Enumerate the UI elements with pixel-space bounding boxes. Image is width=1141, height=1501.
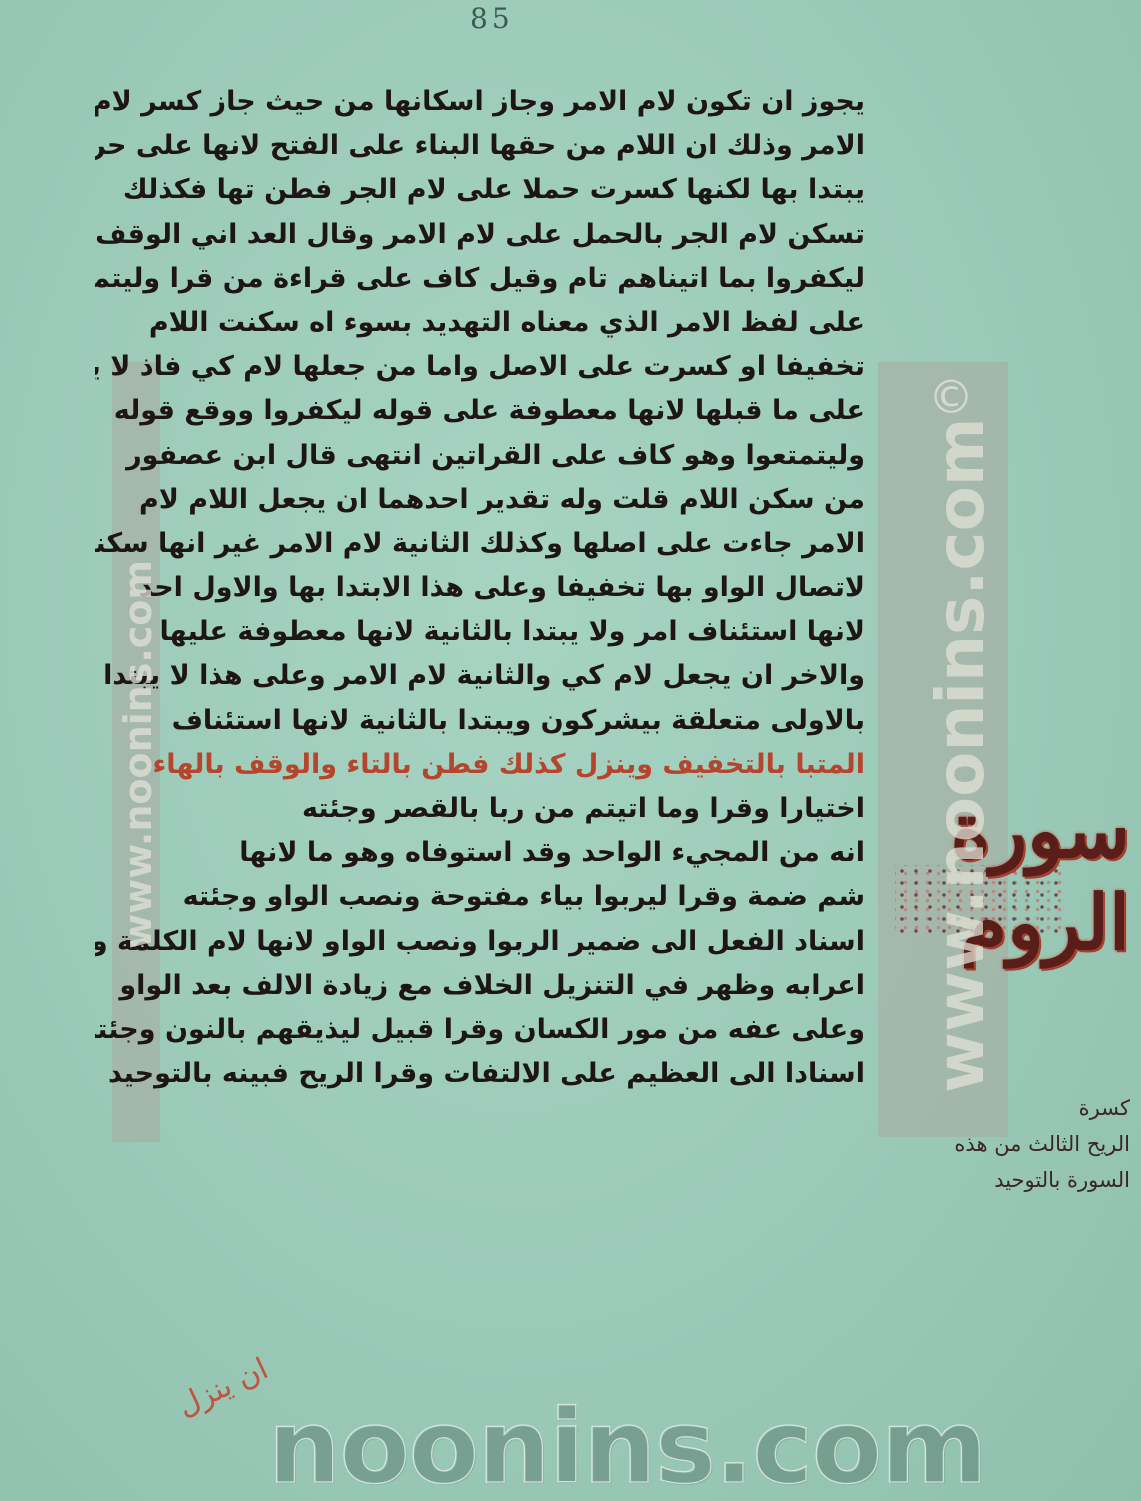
margin-note: كسرة الريح الثالث من هذه السورة بالتوحيد: [880, 1090, 1130, 1198]
text-line-rubric: المتبا بالتخفيف وينزل كذلك فطن بالتاء وا…: [95, 743, 865, 787]
text-line: اسنادا الى العظيم على الالتفات وقرا الري…: [95, 1052, 865, 1096]
text-line: بالاولى متعلقة بيشركون ويبتدا بالثانية ل…: [95, 699, 865, 743]
text-line: ليكفروا بما اتيناهم تام وقيل كاف على قرا…: [95, 257, 865, 301]
text-line: من سكن اللام قلت وله تقدير احدهما ان يجع…: [95, 478, 865, 522]
text-line: شم ضمة وقرا ليربوا بياء مفتوحة ونصب الوا…: [95, 875, 865, 919]
text-line: تخفيفا او كسرت على الاصل واما من جعلها ل…: [95, 345, 865, 389]
text-line: اختيارا وقرا وما اتيتم من ربا بالقصر وجئ…: [95, 787, 865, 831]
text-line: على لفظ الامر الذي معناه التهديد بسوء اه…: [95, 301, 865, 345]
catchword: ان ينزل: [172, 1351, 273, 1423]
text-line: على ما قبلها لانها معطوفة على قوله ليكفر…: [95, 389, 865, 433]
text-line: الامر وذلك ان اللام من حقها البناء على ا…: [95, 124, 865, 168]
margin-note-line: الريح الثالث من هذه: [880, 1126, 1130, 1162]
text-line: وليتمتعوا وهو كاف على القراتين انتهى قال…: [95, 434, 865, 478]
text-line: اسناد الفعل الى ضمير الربوا ونصب الواو ل…: [95, 920, 865, 964]
text-line: والاخر ان يجعل لام كي والثانية لام الامر…: [95, 654, 865, 698]
text-line: الامر جاءت على اصلها وكذلك الثانية لام ا…: [95, 522, 865, 566]
page-number: 85: [470, 2, 514, 35]
text-line: لاتصال الواو بها تخفيفا وعلى هذا الابتدا…: [95, 566, 865, 610]
margin-note-line: كسرة: [880, 1090, 1130, 1126]
copyright-icon: ©: [928, 370, 974, 424]
watermark-vertical-right: www.noonins.com: [922, 380, 999, 1130]
text-line: اعرابه وظهر في التنزيل الخلاف مع زيادة ا…: [95, 964, 865, 1008]
footer-watermark: noonins.com: [268, 1388, 986, 1501]
text-line: تسكن لام الجر بالحمل على لام الامر وقال …: [95, 213, 865, 257]
margin-note-line: السورة بالتوحيد: [880, 1162, 1130, 1198]
text-line: لانها استئناف امر ولا يبتدا بالثانية لان…: [95, 610, 865, 654]
watermark-vertical-left: www.noonins.com: [116, 380, 160, 1130]
text-line: انه من المجيء الواحد وقد استوفاه وهو ما …: [95, 831, 865, 875]
text-line: يبتدا بها لكنها كسرت حملا على لام الجر ف…: [95, 168, 865, 212]
manuscript-main-text: يجوز ان تكون لام الامر وجاز اسكانها من ح…: [95, 80, 865, 1096]
text-line: يجوز ان تكون لام الامر وجاز اسكانها من ح…: [95, 80, 865, 124]
text-line: وعلى عفه من مور الكسان وقرا قبيل ليذيقهم…: [95, 1008, 865, 1052]
